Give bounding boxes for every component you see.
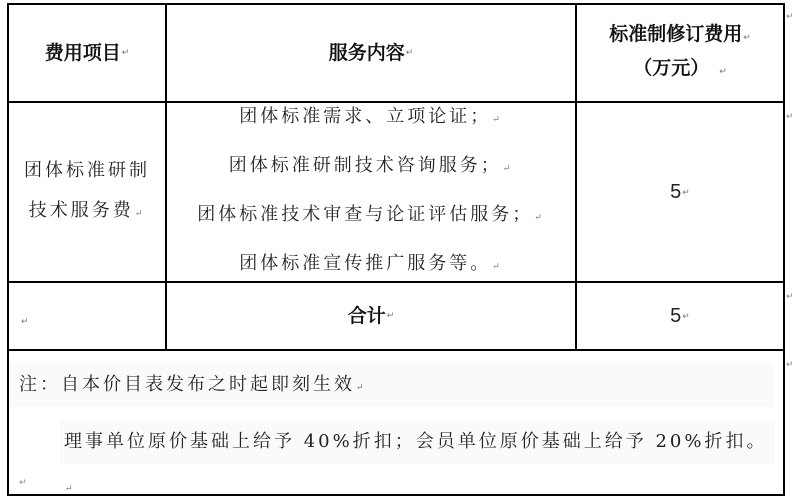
paragraph-mark-icon: ↵: [356, 383, 367, 393]
row-services: 团体标准需求、立项论证；↵ 团体标准研制技术咨询服务；↵ 团体标准技术审查与论证…: [167, 103, 575, 281]
service-item: 团体标准需求、立项论证；↵: [239, 94, 503, 143]
paragraph-mark-icon: ↵: [122, 38, 130, 68]
paragraph-mark-icon: ↵: [21, 317, 29, 327]
row-end-mark-icon: ↵: [786, 360, 793, 370]
row-divider-total: [7, 349, 785, 351]
paragraph-mark-icon: ↵: [135, 209, 146, 219]
table-border-bottom: [7, 494, 785, 496]
paragraph-mark-icon: ↵: [65, 484, 76, 494]
paragraph-mark-icon: ↵: [503, 164, 514, 174]
note-line-1: 注：自本价目表发布之时起即刻生效↵: [9, 363, 774, 407]
header-fee: 标准制修订费用↵ （万元）↵: [577, 5, 783, 101]
paragraph-mark-icon: ↵: [682, 187, 690, 198]
header-item: 费用项目↵: [9, 5, 165, 101]
service-item: 团体标准研制技术咨询服务；↵: [229, 143, 514, 192]
paragraph-mark-icon: ↵: [534, 213, 545, 223]
header-content: 服务内容↵: [167, 5, 575, 101]
row-fee: 5↵: [577, 103, 783, 281]
note-line-2: 理事单位原价基础上给予 40%折扣；会员单位原价基础上给予 20%折扣。↵: [60, 420, 775, 464]
paragraph-mark-icon: ↵: [492, 115, 503, 125]
paragraph-mark-icon: ↵: [743, 33, 751, 43]
row-item-line2: 技术服务费: [29, 200, 134, 221]
row-fee-value: 5: [670, 181, 681, 204]
total-fee-value: 5: [670, 305, 681, 328]
total-label: 合计: [348, 301, 386, 331]
row-end-mark-icon: ↵: [786, 112, 793, 122]
paragraph-mark-icon: ↵: [19, 478, 27, 488]
header-item-label: 费用项目: [45, 38, 121, 68]
row-item: 团体标准研制 技术服务费↵: [9, 103, 165, 281]
paragraph-mark-icon: ↵: [406, 38, 414, 68]
row-item-line1: 团体标准研制: [24, 151, 150, 191]
row-end-mark-icon: ↵: [786, 292, 793, 302]
paragraph-mark-icon: ↵: [387, 301, 395, 331]
paragraph-mark-icon: ↵: [719, 67, 727, 77]
row-end-mark-icon: ↵: [786, 12, 793, 22]
header-content-label: 服务内容: [329, 38, 405, 68]
service-item: 团体标准技术审查与论证评估服务；↵: [197, 192, 545, 241]
header-fee-label: 标准制修订费用: [609, 23, 742, 45]
total-fee-cell: 5↵: [577, 283, 783, 349]
paragraph-mark-icon: ↵: [492, 262, 503, 272]
paragraph-mark-icon: ↵: [682, 311, 690, 322]
total-label-cell: 合计↵: [167, 283, 575, 349]
total-empty-cell: ↵: [9, 283, 165, 349]
table-border-right: [783, 3, 785, 496]
header-fee-unit: （万元）: [633, 57, 709, 79]
